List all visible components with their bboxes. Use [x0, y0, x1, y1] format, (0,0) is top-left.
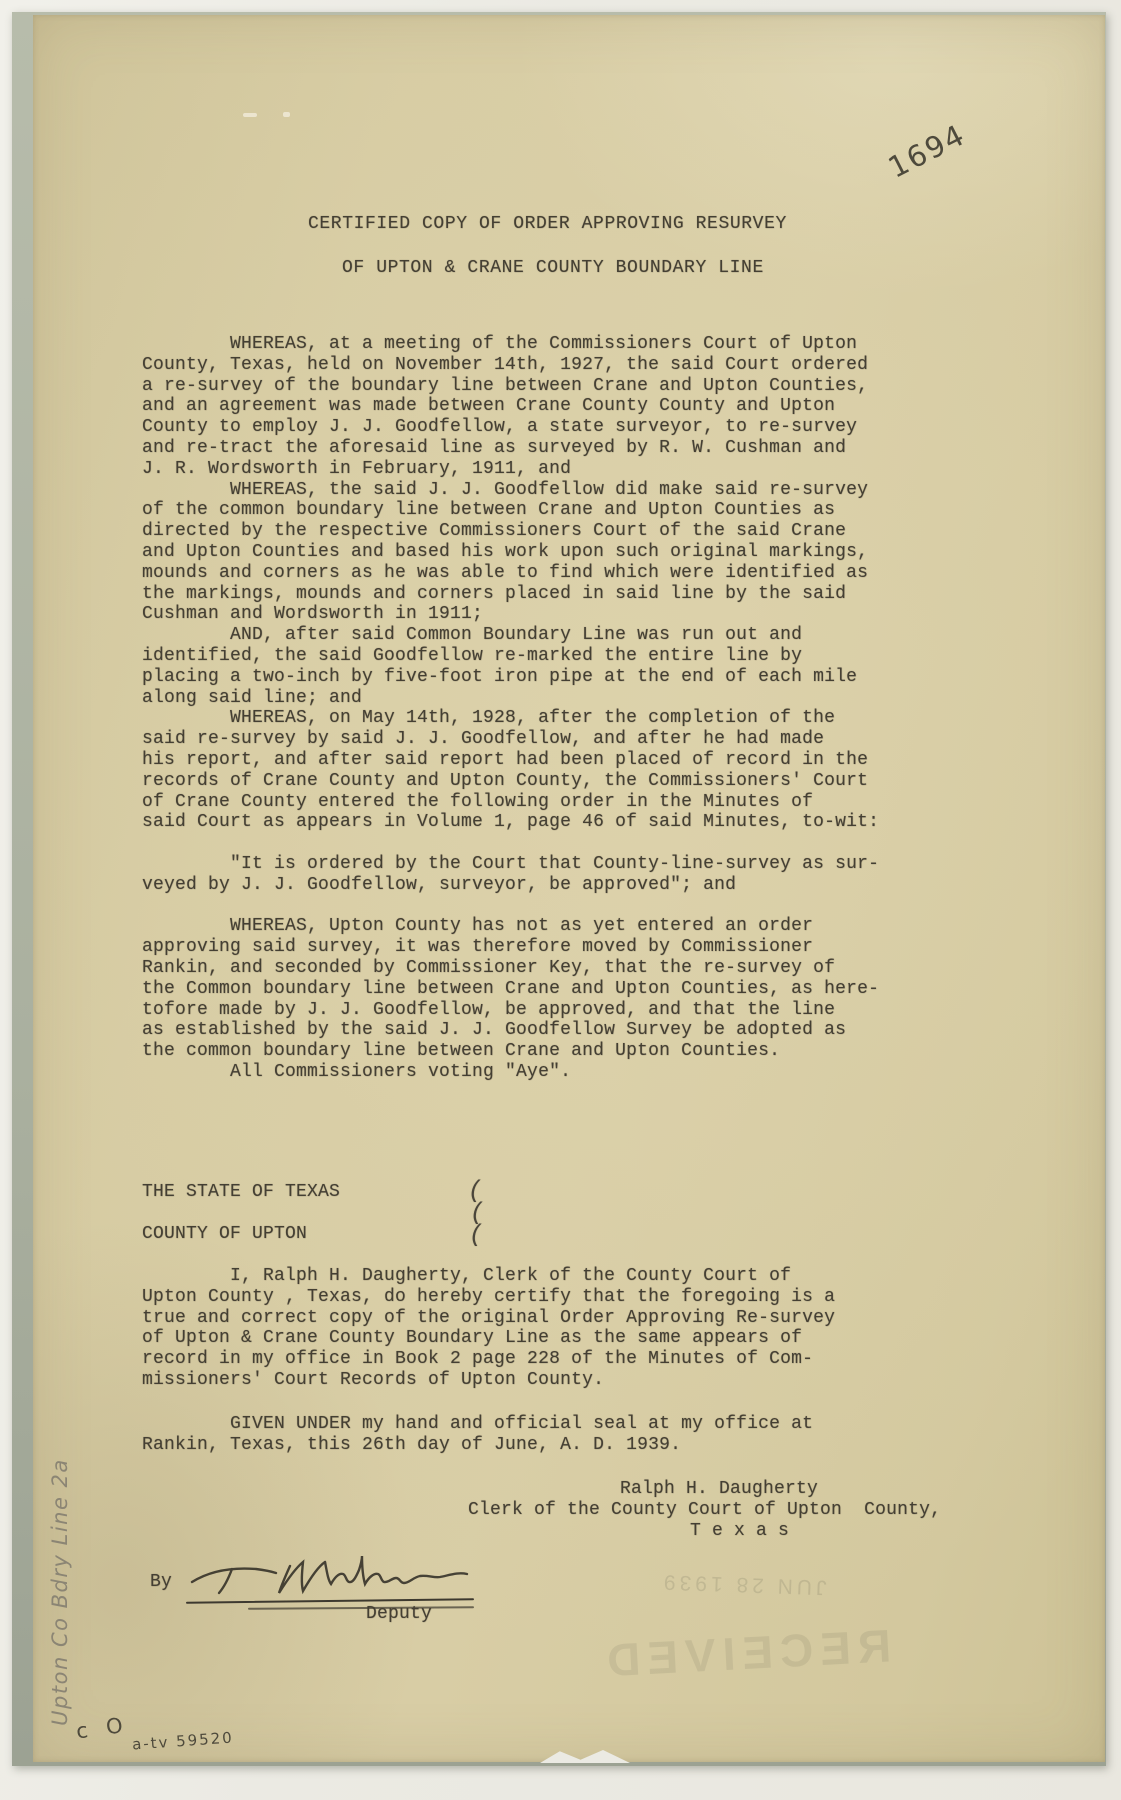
given-paragraph: GIVEN UNDER my hand and official seal at…	[142, 1414, 882, 1456]
typed-line: County to employ J. J. Goodfellow, a sta…	[142, 417, 882, 438]
typed-line: approving said survey, it was therefore …	[142, 937, 882, 958]
typed-line: Rankin, and seconded by Commissioner Key…	[142, 958, 882, 979]
typed-line: and re-tract the aforesaid line as surve…	[142, 438, 882, 459]
typed-line: directed by the respective Commissioners…	[142, 521, 882, 542]
typed-line: along said line; and	[142, 688, 882, 709]
typed-line: records of Crane County and Upton County…	[142, 771, 882, 792]
typed-line: the markings, mounds and corners placed …	[142, 584, 882, 605]
typed-line: said re-survey by said J. J. Goodfellow,…	[142, 729, 882, 750]
scanned-document: 1694 CERTIFIED COPY OF ORDER APPROVING R…	[0, 0, 1121, 1800]
typed-line: All Commissioners voting "Aye".	[142, 1062, 882, 1083]
typed-line: mounds and corners as he was able to fin…	[142, 563, 882, 584]
margin-note-vertical: Upton Co Bdry Line 2a	[48, 1422, 72, 1762]
by-label: By	[150, 1572, 172, 1593]
certification-paragraph: I, Ralph H. Daugherty, Clerk of the Coun…	[142, 1266, 882, 1391]
paper-speck	[243, 113, 257, 117]
title-line-1: CERTIFIED COPY OF ORDER APPROVING RESURV…	[308, 214, 787, 235]
typed-line: and an agreement was made between Crane …	[142, 396, 882, 417]
typed-line: veyed by J. J. Goodfellow, surveyor, be …	[142, 875, 882, 896]
typed-line: WHEREAS, at a meeting of the Commissione…	[142, 334, 882, 355]
typed-line: County, Texas, held on November 14th, 19…	[142, 355, 882, 376]
title-line-2: OF UPTON & CRANE COUNTY BOUNDARY LINE	[342, 258, 764, 279]
typed-line: said Court as appears in Volume 1, page …	[142, 812, 882, 833]
typed-line: record in my office in Book 2 page 228 o…	[142, 1349, 882, 1370]
typed-line: the common boundary line between Crane a…	[142, 1041, 882, 1062]
signer-name: Ralph H. Daugherty	[620, 1479, 818, 1500]
paper-speck	[283, 112, 290, 117]
typed-line: WHEREAS, Upton County has not as yet ent…	[142, 916, 882, 937]
typed-line	[142, 896, 882, 917]
typed-line: tofore made by J. J. Goodfellow, be appr…	[142, 1000, 882, 1021]
typed-line: his report, and after said report had be…	[142, 750, 882, 771]
typed-line: WHEREAS, the said J. J. Goodfellow did m…	[142, 480, 882, 501]
typed-line: identified, the said Goodfellow re-marke…	[142, 646, 882, 667]
typed-line: true and correct copy of the original Or…	[142, 1308, 882, 1329]
typed-line: Cushman and Wordsworth in 1911;	[142, 604, 882, 625]
jurat-state: THE STATE OF TEXAS	[142, 1182, 340, 1203]
typed-line: missioners' Court Records of Upton Count…	[142, 1370, 882, 1391]
typed-line: "It is ordered by the Court that County-…	[142, 854, 882, 875]
jurat-county: COUNTY OF UPTON	[142, 1224, 307, 1245]
deputy-label: Deputy	[366, 1604, 432, 1625]
document-body: WHEREAS, at a meeting of the Commissione…	[142, 334, 882, 1083]
typed-line: the Common boundary line between Crane a…	[142, 979, 882, 1000]
jurat-brace: (	[469, 1222, 483, 1249]
typed-line	[142, 833, 882, 854]
deputy-signature-ink	[186, 1546, 476, 1606]
typed-line: I, Ralph H. Daugherty, Clerk of the Coun…	[142, 1266, 882, 1287]
typed-line: WHEREAS, on May 14th, 1928, after the co…	[142, 708, 882, 729]
typed-line: a re-survey of the boundary line between…	[142, 376, 882, 397]
signer-state: T e x a s	[690, 1521, 789, 1542]
typed-line: of the common boundary line between Cran…	[142, 500, 882, 521]
typed-line: of Crane County entered the following or…	[142, 792, 882, 813]
signer-title: Clerk of the County Court of Upton Count…	[468, 1500, 941, 1521]
typed-line: AND, after said Common Boundary Line was…	[142, 625, 882, 646]
typed-line: Rankin, Texas, this 26th day of June, A.…	[142, 1435, 882, 1456]
typed-line: GIVEN UNDER my hand and official seal at…	[142, 1414, 882, 1435]
typed-line: J. R. Wordsworth in February, 1911, and	[142, 459, 882, 480]
typed-line: placing a two-inch by five-foot iron pip…	[142, 667, 882, 688]
typed-line: Upton County , Texas, do hereby certify …	[142, 1287, 882, 1308]
typed-line: of Upton & Crane County Boundary Line as…	[142, 1328, 882, 1349]
typed-line: and Upton Counties and based his work up…	[142, 542, 882, 563]
typed-line: as established by the said J. J. Goodfel…	[142, 1020, 882, 1041]
